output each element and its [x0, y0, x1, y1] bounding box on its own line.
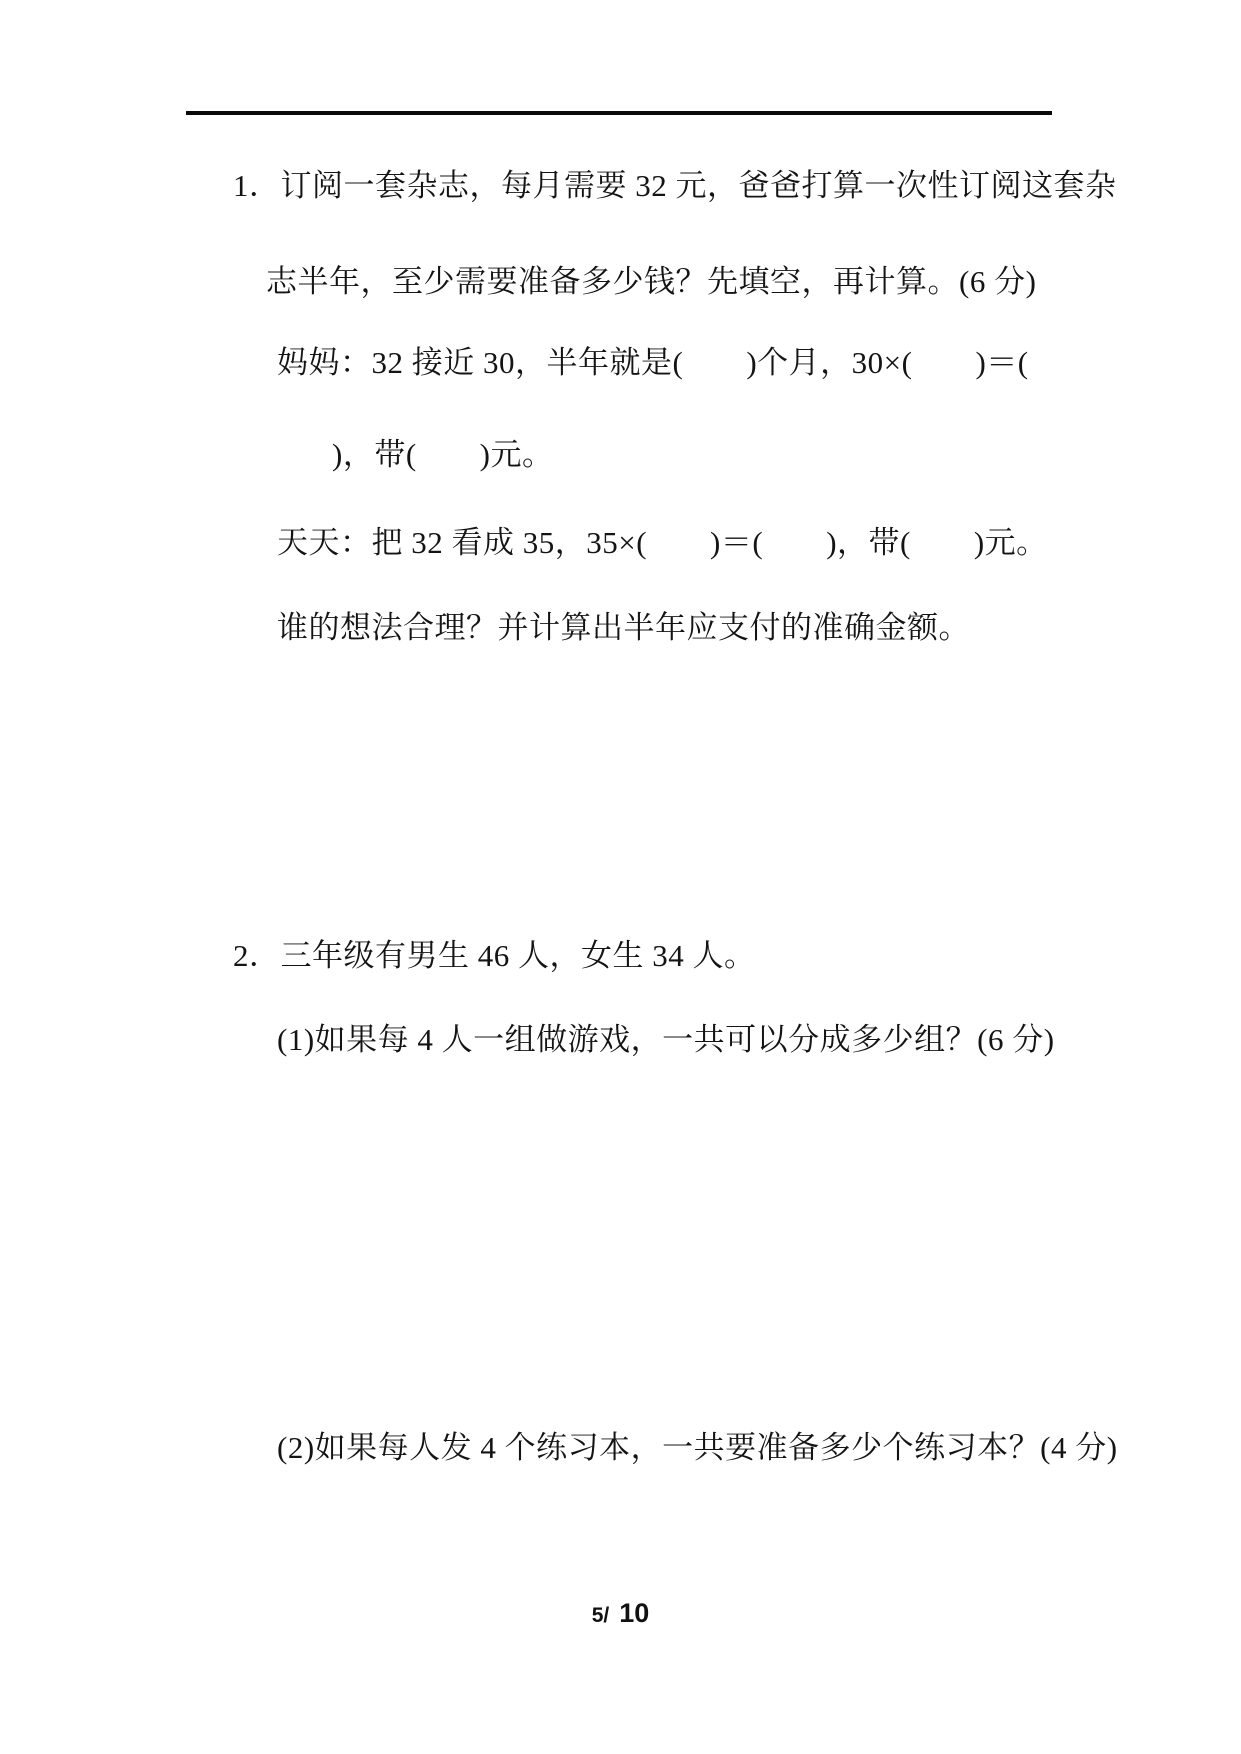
header-horizontal-rule — [186, 111, 1052, 115]
question1-line2: 志半年，至少需要准备多少钱？先填空，再计算。(6 分) — [266, 265, 1036, 299]
question2-part1-line: (1)如果每 4 人一组做游戏，一共可以分成多少组？(6 分) — [277, 1023, 1055, 1057]
question2-line1: 2．三年级有男生 46 人，女生 34 人。 — [233, 939, 756, 973]
question2-part2-line: (2)如果每人发 4 个练习本，一共要准备多少个练习本？(4 分) — [277, 1431, 1118, 1465]
question1-prompt-line: 谁的想法合理？并计算出半年应支付的准确金额。 — [277, 611, 970, 645]
page-number-total: 10 — [619, 1598, 649, 1629]
question1-mom-estimate-line2: )，带( )元。 — [332, 438, 553, 472]
question1-tiantian-estimate-line: 天天：把 32 看成 35，35×( )＝( )，带( )元。 — [277, 526, 1048, 560]
question1-mom-estimate-line1: 妈妈：32 接近 30，半年就是( )个月，30×( )＝( — [277, 346, 1029, 380]
question1-line1: 1．订阅一套杂志，每月需要 32 元，爸爸打算一次性订阅这套杂 — [233, 169, 1117, 203]
worksheet-page: 1．订阅一套杂志，每月需要 32 元，爸爸打算一次性订阅这套杂 志半年，至少需要… — [0, 0, 1241, 1754]
page-footer: 5/ 10 — [0, 1598, 1241, 1629]
page-number-current: 5/ — [592, 1604, 610, 1628]
